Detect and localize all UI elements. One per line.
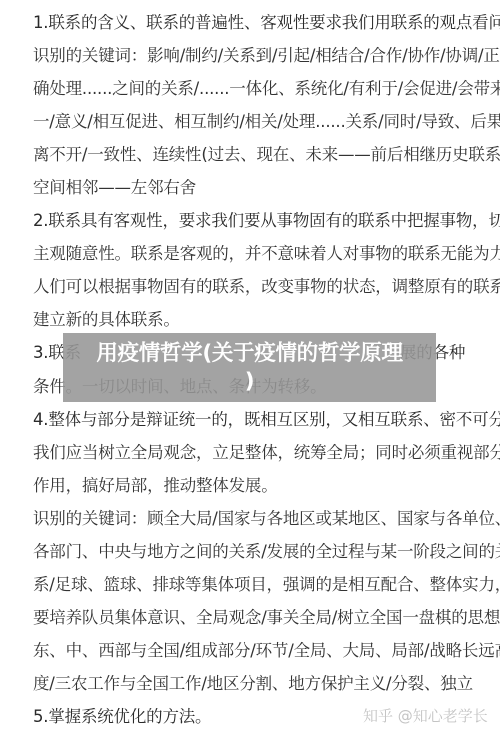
body-line: 建立新的具体联系。 [33,303,493,336]
keywords-line: 离不开/一致性、连续性(过去、现在、未来——前后相继历史联系)/ [33,138,493,171]
point-2-heading: 2.联系具有客观性，要求我们要从事物固有的联系中把握事物，切忌 [33,204,493,237]
overlay-title-line-1: 用疫情哲学(关于疫情的哲学原理 [96,340,402,368]
body-line: 人们可以根据事物固有的联系，改变事物的状态，调整原有的联系， [33,270,493,303]
point-1-heading: 1.联系的含义、联系的普遍性、客观性要求我们用联系的观点看问题。 [33,6,493,39]
keywords-line: 一/意义/相互促进、相互制约/相关/处理......关系/同时/导致、后果/ [33,105,493,138]
keywords-line: 识别的关键词：影响/制约/关系到/引起/相结合/合作/协作/协调/正 [33,39,493,72]
keywords-line: 要培养队员集体意识、全局观念/事关全局/树立全国一盘棋的思想/ [33,601,493,634]
keywords-line: 各部门、中央与地方之间的关系/发展的全过程与某一阶段之间的关 [33,535,493,568]
body-line: 主观随意性。联系是客观的，并不意味着人对事物的联系无能为力， [33,237,493,270]
body-line: 我们应当树立全局观念，立足整体，统筹全局；同时必须重视部分的 [33,436,493,469]
keywords-line: 东、中、西部与全国/组成部分/环节/全局、大局、局部/战略长远高 [33,634,493,667]
overlay-title-line-2: ) [245,368,255,396]
keywords-line: 系/足球、篮球、排球等集体项目，强调的是相互配合、整体实力， [33,568,493,601]
point-4-heading: 4.整体与部分是辩证统一的，既相互区别，又相互联系、密不可分。 [33,403,493,436]
body-line: 作用，搞好局部，推动整体发展。 [33,469,493,502]
keywords-line: 度/三农工作与全国工作/地区分割、地方保护主义/分裂、独立 [33,667,493,700]
keywords-line: 空间相邻——左邻右舍 [33,171,493,204]
keywords-line: 识别的关键词：顾全大局/国家与各地区或某地区、国家与各单位、 [33,502,493,535]
title-overlay-banner: 用疫情哲学(关于疫情的哲学原理 ) [63,333,436,402]
keywords-line: 确处理......之间的关系/......一体化、系统化/有利于/会促进/会带来… [33,72,493,105]
zhihu-watermark: 知乎 @知心老学长 [363,705,488,727]
